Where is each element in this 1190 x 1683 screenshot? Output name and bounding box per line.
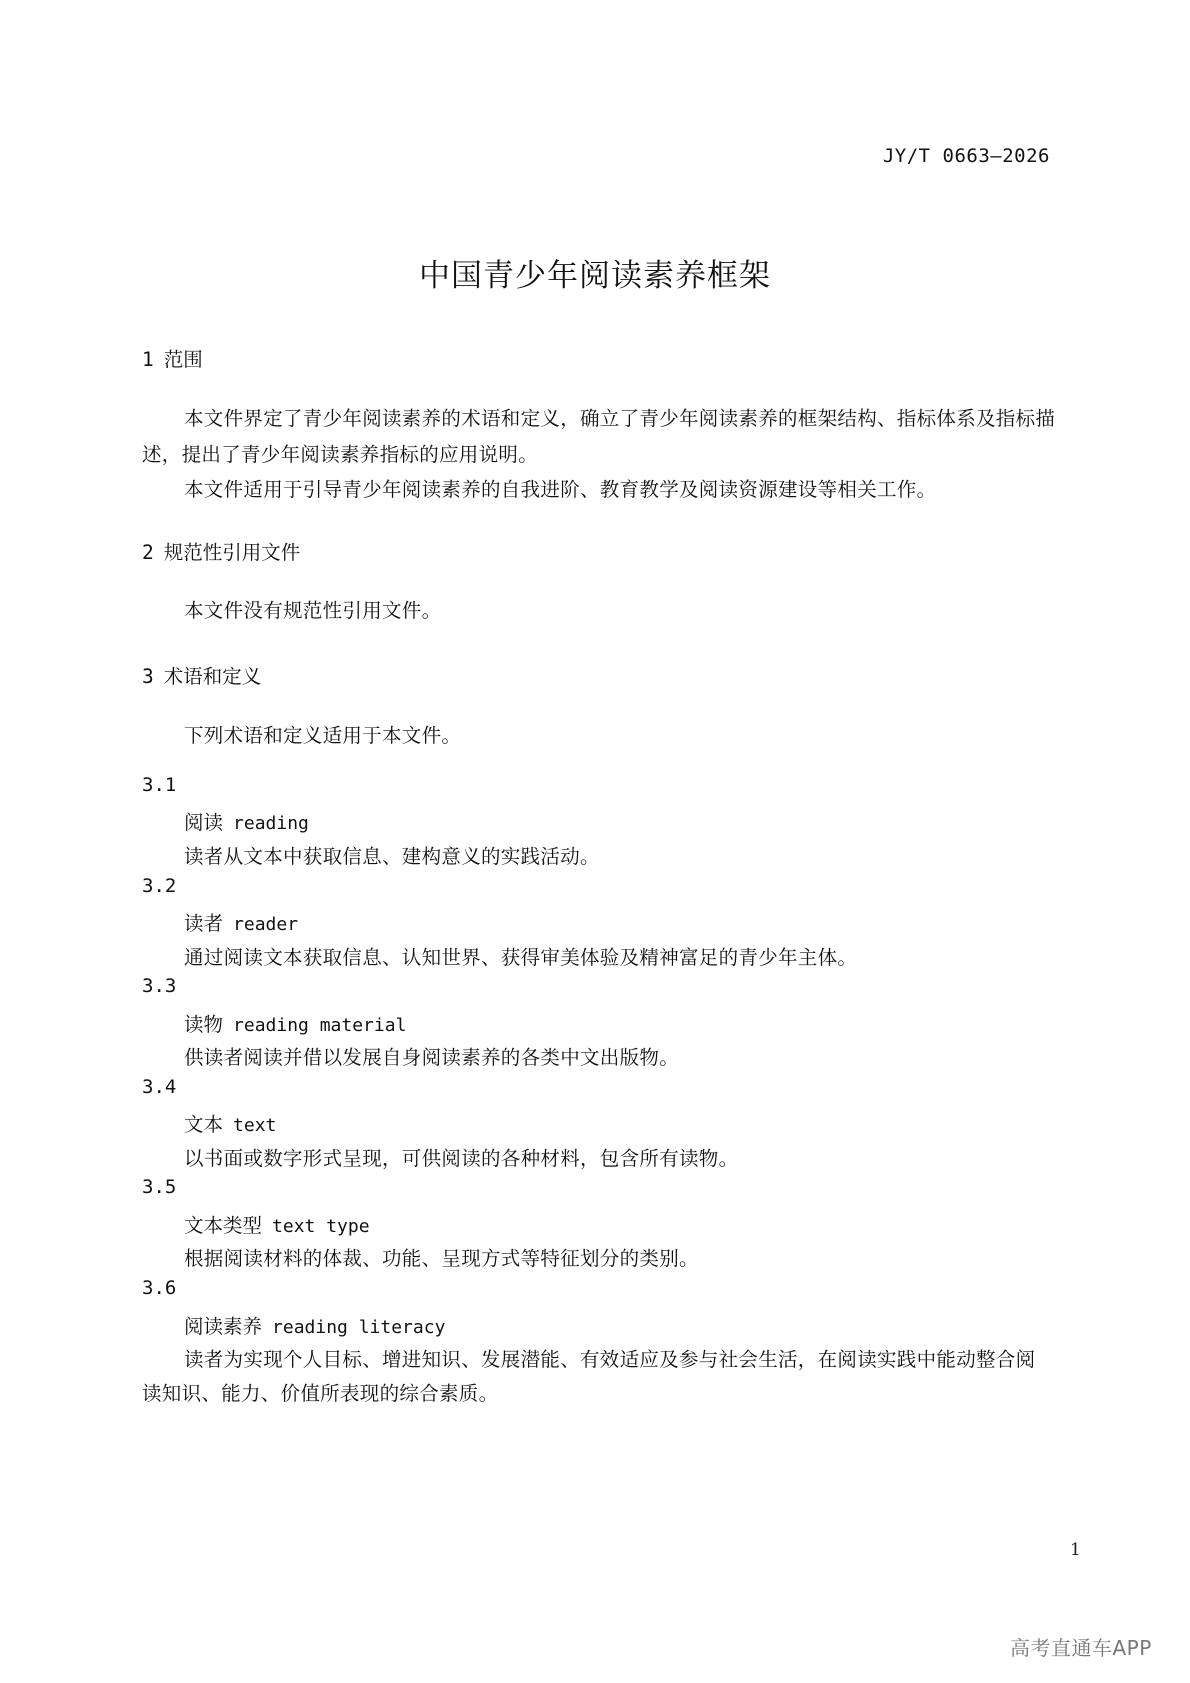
section-title: 术语和定义 (164, 665, 262, 688)
term-definition: 供读者阅读并借以发展自身阅读素养的各类中文出版物。 (184, 1042, 679, 1070)
term-number: 3.1 (142, 774, 176, 796)
section-heading-scope: 1范围 (142, 344, 203, 372)
term-name: 阅读reading (184, 807, 309, 835)
scope-paragraph-1: 本文件界定了青少年阅读素养的术语和定义，确立了青少年阅读素养的框架结构、指标体系… (142, 401, 1087, 473)
term-en: reading material (233, 1015, 406, 1036)
term-number: 3.5 (142, 1176, 176, 1198)
term-zh: 文本 (184, 1113, 223, 1136)
section-title: 范围 (164, 348, 203, 371)
term-zh: 阅读 (184, 811, 223, 834)
term-name: 阅读素养reading literacy (184, 1311, 445, 1339)
term-name: 文本类型text type (184, 1210, 370, 1238)
term-en: text type (272, 1216, 370, 1237)
term-definition: 以书面或数字形式呈现，可供阅读的各种材料，包含所有读物。 (184, 1143, 738, 1171)
term-en: reading (233, 813, 309, 834)
section-heading-normative-references: 2规范性引用文件 (142, 537, 300, 565)
term-zh: 文本类型 (184, 1214, 262, 1237)
term-number: 3.2 (142, 875, 176, 897)
terms-intro-paragraph: 下列术语和定义适用于本文件。 (142, 718, 1087, 754)
term-definition: 根据阅读材料的体裁、功能、呈现方式等特征划分的类别。 (184, 1243, 699, 1271)
term-name: 读者reader (184, 908, 298, 936)
term-number: 3.3 (142, 975, 176, 997)
term-zh: 阅读素养 (184, 1315, 262, 1338)
term-en: reading literacy (272, 1317, 445, 1338)
scope-paragraph-2: 本文件适用于引导青少年阅读素养的自我进阶、教育教学及阅读资源建设等相关工作。 (142, 472, 1087, 508)
section-number: 2 (142, 541, 154, 564)
term-zh: 读者 (184, 912, 223, 935)
section-title: 规范性引用文件 (164, 541, 301, 564)
normative-references-paragraph: 本文件没有规范性引用文件。 (142, 593, 1087, 629)
section-number: 1 (142, 348, 154, 371)
page-number: 1 (1070, 1540, 1081, 1560)
term-definition: 读者从文本中获取信息、建构意义的实践活动。 (184, 841, 600, 869)
term-definition-line-2: 读知识、能力、价值所表现的综合素质。 (142, 1378, 498, 1406)
section-number: 3 (142, 665, 154, 688)
section-heading-terms: 3术语和定义 (142, 661, 261, 689)
term-en: text (233, 1115, 276, 1136)
term-definition-line-1: 读者为实现个人目标、增进知识、发展潜能、有效适应及参与社会生活，在阅读实践中能动… (184, 1344, 1035, 1372)
term-name: 文本text (184, 1109, 276, 1137)
standard-code: JY/T 0663—2026 (883, 145, 1050, 167)
term-number: 3.4 (142, 1076, 176, 1098)
term-number: 3.6 (142, 1277, 176, 1299)
term-en: reader (233, 914, 298, 935)
term-zh: 读物 (184, 1013, 223, 1036)
term-name: 读物reading material (184, 1009, 406, 1037)
term-definition: 通过阅读文本获取信息、认知世界、获得审美体验及精神富足的青少年主体。 (184, 942, 857, 970)
watermark: 高考直通车APP (1010, 1632, 1152, 1661)
document-title: 中国青少年阅读素养框架 (0, 250, 1190, 295)
